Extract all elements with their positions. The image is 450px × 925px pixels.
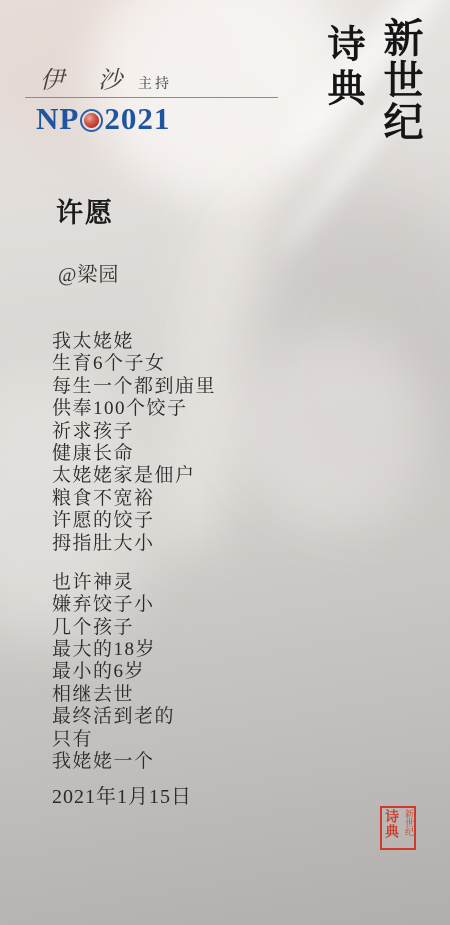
divider-line [25,97,278,98]
poem-line: 拇指肚大小 [52,533,216,555]
poem-line [52,555,216,572]
masthead-title-column-left: 诗典 [315,24,370,112]
poem-line: 最大的18岁 [52,639,216,661]
logo-text-np: NP [36,101,79,137]
globe-ball [84,113,99,128]
seal-text-left: 诗典 [383,809,397,847]
poem-line: 健康长命 [52,443,216,465]
masthead-title-column-right: 新世纪 [372,17,429,143]
editor-name: 伊 沙 [40,60,136,95]
npc-logo: NP 2021 [36,101,170,137]
poem-line: 相继去世 [52,684,216,706]
poem-body: 我太姥姥 生育6个子女 每生一个都到庙里 供奉100个饺子 祈求孩子 健康长命 … [52,331,216,773]
poem-date: 2021年1月15日 [52,780,192,809]
poem-line: 祈求孩子 [52,421,216,443]
poem-line: 生育6个子女 [52,353,216,375]
poem-line: 几个孩子 [52,617,216,639]
ink-blob [240,330,430,530]
poem-line: 粮食不宽裕 [52,488,216,510]
poem-line: 许愿的饺子 [52,510,216,532]
poem-line: 我姥姥一个 [52,751,216,773]
poem-line: 我太姥姥 [52,331,216,353]
red-globe-icon [80,109,103,132]
logo-text-year: 2021 [104,101,170,137]
poem-poster-page: 伊 沙 主持 NP 2021 新世纪 诗典 许愿 @梁园 我太姥姥 生育6个子女… [0,0,450,925]
poem-line: 最终活到老的 [52,706,216,728]
poem-line: 也许神灵 [52,572,216,594]
poem-title: 许愿 [56,191,114,230]
seal-stamp: 诗典 新世纪 [380,806,416,850]
editor-row: 伊 沙 主持 [40,60,172,95]
poem-line: 最小的6岁 [52,661,216,683]
seal-text-right: 新世纪 [404,809,413,847]
poem-line: 每生一个都到庙里 [52,376,216,398]
editor-role-label: 主持 [138,73,172,93]
poem-line: 嫌弃饺子小 [52,594,216,616]
poem-author-handle[interactable]: @梁园 [58,258,119,287]
poem-line: 只有 [52,729,216,751]
poem-line: 供奉100个饺子 [52,398,216,420]
poem-line: 太姥姥家是佃户 [52,465,216,487]
